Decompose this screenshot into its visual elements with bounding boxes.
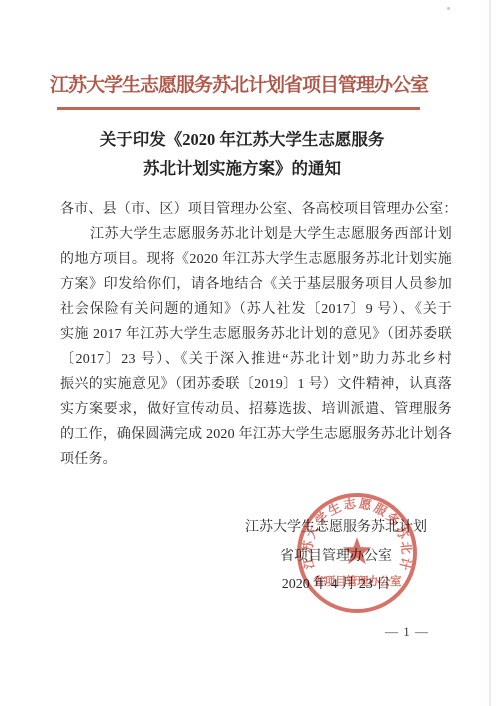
signer-name-line2: 省项目管理办公室 bbox=[235, 543, 437, 572]
body-line: 实施 2017 年江苏大学生志愿服务苏北计划的意见》（团苏委联 bbox=[60, 322, 452, 347]
document-title: 关于印发《2020 年江苏大学生志愿服务 苏北计划实施方案》的通知 bbox=[0, 125, 484, 183]
body-text: 各市、县（市、区）项目管理办公室、各高校项目管理办公室： 江苏大学生志愿服务苏北… bbox=[60, 197, 452, 472]
body-line: 振兴的实施意见》（团苏委联〔2019〕1 号）文件精神，认真落 bbox=[60, 372, 452, 397]
document-title-line2: 苏北计划实施方案》的通知 bbox=[0, 154, 484, 183]
page-number: — 1 — bbox=[385, 624, 429, 640]
letterhead-org-name: 江苏大学生志愿服务苏北计划省项目管理办公室 bbox=[50, 70, 428, 97]
body-line: 实方案要求，做好宣传动员、招募选拔、培训派遣、管理服务 bbox=[60, 397, 452, 422]
body-line: 的工作，确保圆满完成 2020 年江苏大学生志愿服务苏北计划各 bbox=[60, 422, 452, 447]
scan-artifact-dot bbox=[447, 7, 450, 10]
body-line: 项任务。 bbox=[60, 447, 452, 472]
document-title-line1: 关于印发《2020 年江苏大学生志愿服务 bbox=[0, 125, 484, 154]
salutation-line: 各市、县（市、区）项目管理办公室、各高校项目管理办公室： bbox=[60, 197, 452, 222]
body-line: 方案》印发给你们，请各地结合《关于基层服务项目人员参加 bbox=[60, 272, 452, 297]
body-line: 〔2017〕23 号）、《关于深入推进“苏北计划”助力苏北乡村 bbox=[60, 347, 452, 372]
letterhead-divider bbox=[57, 107, 420, 110]
body-line: 社会保险有关问题的通知》（苏人社发〔2017〕9 号）、《关于 bbox=[60, 297, 452, 322]
signer-name-line1: 江苏大学生志愿服务苏北计划 bbox=[235, 514, 437, 543]
scan-edge-line bbox=[489, 0, 491, 706]
body-line: 江苏大学生志愿服务苏北计划是大学生志愿服务西部计划 bbox=[60, 222, 452, 247]
document-page: 江苏大学生志愿服务苏北计划省项目管理办公室 关于印发《2020 年江苏大学生志愿… bbox=[0, 0, 500, 706]
body-line: 的地方项目。现将《2020 年江苏大学生志愿服务苏北计划实施 bbox=[60, 247, 452, 272]
signature-date: 2020 年 4 月 23 日 bbox=[235, 571, 437, 600]
signature-block: 江苏大学生志愿服务苏北计划 省项目管理办公室 2020 年 4 月 23 日 bbox=[235, 514, 437, 600]
